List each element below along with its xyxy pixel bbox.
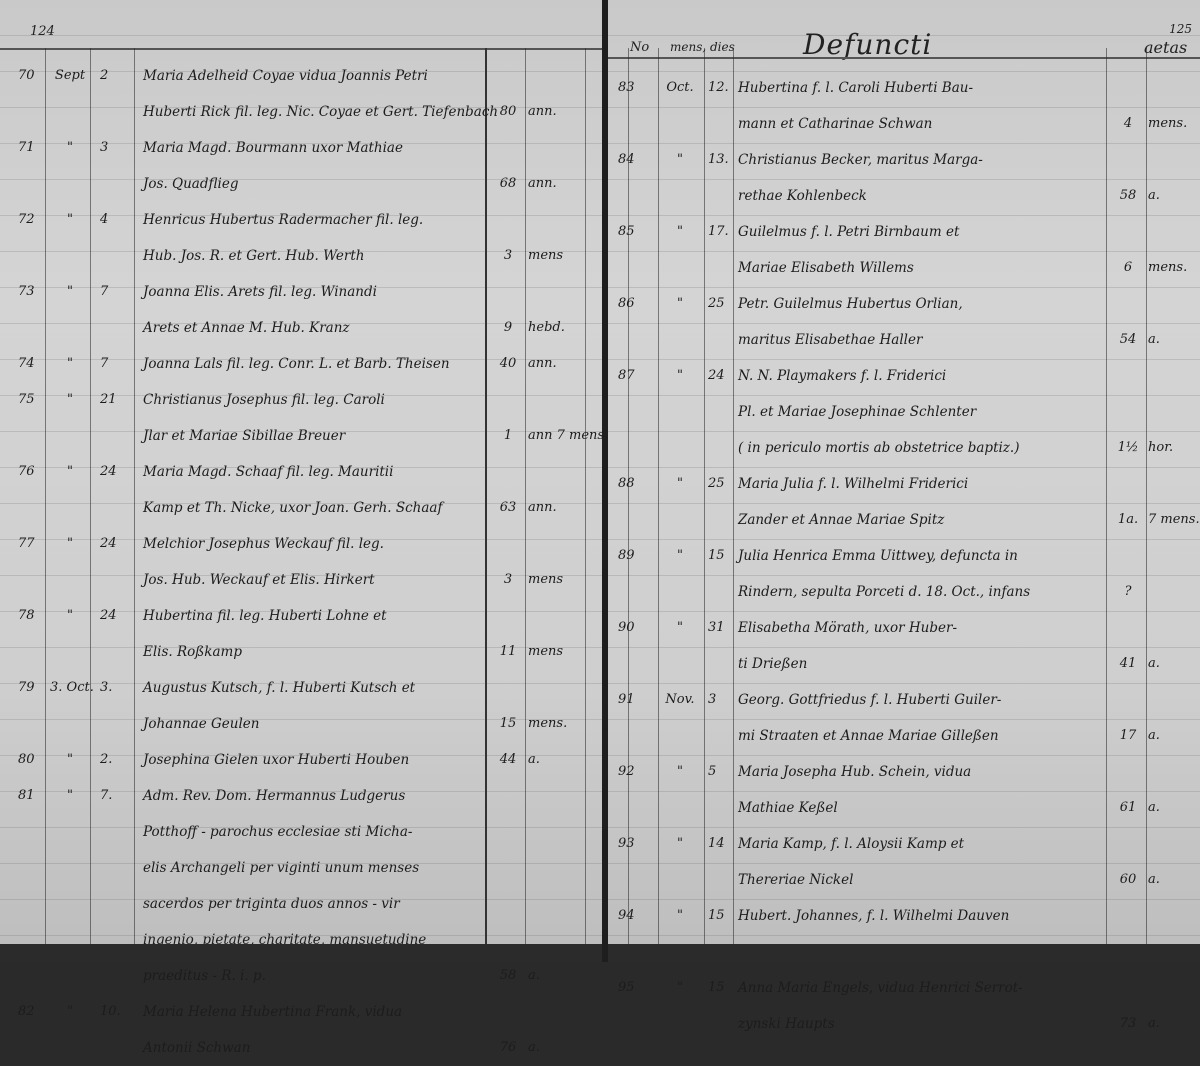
entry-day: 5 [708,754,738,790]
entry-name-line: Josephina Gielen uxor Huberti Houben [143,742,483,778]
entry-day: 25 [708,286,738,322]
entry-number: 86 [618,286,652,322]
entry-day: 7 [100,274,130,310]
entry-month: " [50,778,90,814]
entry-name: Augustus Kutsch, f. l. Huberti Kutsch et… [143,670,483,742]
entry-age-unit: ann. [528,166,588,202]
entry-month: " [658,754,702,790]
entry-name: N. N. Playmakers f. l. FridericiPl. et M… [738,358,1108,466]
entry-age: 54 [1108,322,1148,358]
entry-day: 14 [708,826,738,862]
entry-age-unit: a. [1148,862,1200,898]
register-entry: 75"21Christianus Josephus fil. leg. Caro… [0,382,602,454]
entry-month: Sept [50,58,90,94]
entry-age-unit: mens. [528,706,588,742]
register-entry: 86"25Petr. Guilelmus Hubertus Orlian,mar… [608,286,1200,358]
entry-name: Henricus Hubertus Radermacher fil. leg.H… [143,202,483,274]
header-number: No [630,40,649,55]
header-month-day: mens, dies [670,40,735,54]
register-entry: 90"31Elisabetha Mörath, uxor Huber-ti Dr… [608,610,1200,682]
page-number-left: 124 [30,24,55,39]
entry-age-unit: ann. [528,346,588,382]
entry-name-line: Melchior Josephus Weckauf fil. leg. [143,526,483,562]
entry-age-unit: a. [528,742,588,778]
entry-name-line: ingenio, pietate, charitate, mansuetudin… [143,922,483,958]
entry-name-line: et Annae Cath. Putmanns [738,934,1108,962]
entry-number: 94 [618,898,652,934]
entry-age-unit: mens. [1148,250,1200,286]
entry-age: 80 [488,94,528,130]
entry-age: 3 [1108,934,1148,962]
entry-name-line: Petr. Guilelmus Hubertus Orlian, [738,286,1108,322]
entry-age-unit: mens. [1148,106,1200,142]
register-entry: 92"5Maria Josepha Hub. Schein, viduaMath… [608,754,1200,826]
entry-name: Maria Adelheid Coyae vidua Joannis Petri… [143,58,483,130]
entry-month: " [658,538,702,574]
entry-name-line: Jos. Hub. Weckauf et Elis. Hirkert [143,562,483,598]
entry-name-line: Thereriae Nickel [738,862,1108,898]
entry-age-unit: m. [1148,934,1200,962]
entry-day: 31 [708,610,738,646]
entry-age: 44 [488,742,528,778]
entry-day: 24 [100,598,130,634]
entry-age: 41 [1108,646,1148,682]
entry-name-line: Pl. et Mariae Josephinae Schlenter [738,394,1108,430]
register-entry: 88"25Maria Julia f. l. Wilhelmi Frideric… [608,466,1200,538]
entry-name-line: sacerdos per triginta duos annos - vir [143,886,483,922]
entry-age: 1½ [1108,430,1148,466]
entry-name-line: Hubertina f. l. Caroli Huberti Bau- [738,70,1108,106]
entry-name: Hubertina fil. leg. Huberti Lohne etElis… [143,598,483,670]
entry-month: " [658,610,702,646]
entry-age: 17 [1108,718,1148,754]
entry-name-line: Rindern, sepulta Porceti d. 18. Oct., in… [738,574,1108,610]
entry-name-line: Zander et Annae Mariae Spitz [738,502,1108,538]
entry-age: 3 [488,562,528,598]
entry-month: " [658,826,702,862]
entry-age: 60 [1108,862,1148,898]
entry-age-unit: a. [1148,718,1200,754]
register-entry: 91Nov.3Georg. Gottfriedus f. l. Huberti … [608,682,1200,754]
entry-age: 1 [488,418,528,454]
entry-name-line: Hubert. Johannes, f. l. Wilhelmi Dauven [738,898,1108,934]
entry-day: 7 [100,346,130,382]
entry-age-unit: hor. [1148,430,1200,466]
entry-name-line: Hub. Jos. R. et Gert. Hub. Werth [143,238,483,274]
page-number-right: 125 [1169,22,1192,36]
entry-age: 58 [488,958,528,962]
entry-name-line: ti Drießen [738,646,1108,682]
entry-number: 87 [618,358,652,394]
entry-month: " [50,598,90,634]
entry-day: 3. [100,670,130,706]
entry-name-line: rethae Kohlenbeck [738,178,1108,214]
entry-age-unit: hebd. [528,310,588,346]
entry-age: ? [1108,574,1148,610]
register-entry: 94"15Hubert. Johannes, f. l. Wilhelmi Da… [608,898,1200,962]
entry-name-line: praeditus - R. i. p. [143,958,483,962]
entry-name-line: Johannae Geulen [143,706,483,742]
entry-name-line: Maria Kamp, f. l. Aloysii Kamp et [738,826,1108,862]
entry-age-unit: ann. [528,490,588,526]
entry-name: Petr. Guilelmus Hubertus Orlian,maritus … [738,286,1108,358]
entry-name: Elisabetha Mörath, uxor Huber-ti Drießen [738,610,1108,682]
entry-day: 13. [708,142,738,178]
entry-name-line: Maria Magd. Schaaf fil. leg. Mauritii [143,454,483,490]
entry-name-line: Jlar et Mariae Sibillae Breuer [143,418,483,454]
entry-number: 83 [618,70,652,106]
entry-name-line: Joanna Elis. Arets fil. leg. Winandi [143,274,483,310]
register-entry: 84"13.Christianus Becker, maritus Marga-… [608,142,1200,214]
entry-age-unit: 7 mens. [1148,502,1200,538]
entry-name-line: ( in periculo mortis ab obstetrice bapti… [738,430,1108,466]
entry-name-line: maritus Elisabethae Haller [738,322,1108,358]
entry-day: 3 [100,130,130,166]
right-page: No mens, dies Defuncti aetas 125 83Oct.1… [602,0,1200,962]
entry-day: 4 [100,202,130,238]
register-entry: 81"7.Adm. Rev. Dom. Hermannus LudgerusPo… [0,778,602,962]
entry-age: 3 [488,238,528,274]
entry-name: Christianus Josephus fil. leg. CaroliJla… [143,382,483,454]
entry-name-line: mann et Catharinae Schwan [738,106,1108,142]
entry-name-line: N. N. Playmakers f. l. Friderici [738,358,1108,394]
entry-month: " [658,466,702,502]
entry-month: " [50,526,90,562]
entry-age-unit: ann. [528,94,588,130]
entry-month: " [50,202,90,238]
entry-age-unit: mens [528,562,588,598]
entry-month: " [50,274,90,310]
entry-day: 24 [100,454,130,490]
entry-name: Christianus Becker, maritus Marga-rethae… [738,142,1108,214]
entry-name-line: Augustus Kutsch, f. l. Huberti Kutsch et [143,670,483,706]
entry-name-line: Georg. Gottfriedus f. l. Huberti Guiler- [738,682,1108,718]
entry-name-line: Guilelmus f. l. Petri Birnbaum et [738,214,1108,250]
entry-number: 88 [618,466,652,502]
entry-name: Maria Julia f. l. Wilhelmi FridericiZand… [738,466,1108,538]
entry-day: 15 [708,898,738,934]
entry-age: 68 [488,166,528,202]
entry-name: Julia Henrica Emma Uittwey, defuncta inR… [738,538,1108,610]
entry-name: Josephina Gielen uxor Huberti Houben [143,742,483,778]
entry-day: 12. [708,70,738,106]
register-entry: 78"24Hubertina fil. leg. Huberti Lohne e… [0,598,602,670]
entry-age-unit: mens [528,238,588,274]
register-entry: 80"2.Josephina Gielen uxor Huberti Hoube… [0,742,602,778]
entry-age: 1a. [1108,502,1148,538]
entry-name-line: Maria Adelheid Coyae vidua Joannis Petri [143,58,483,94]
entry-month: " [50,130,90,166]
entry-age-unit: mens [528,634,588,670]
entry-name-line: Maria Josepha Hub. Schein, vidua [738,754,1108,790]
entry-age-unit: ann 7 mens [528,418,588,454]
entry-age: 15 [488,706,528,742]
entry-name: Maria Magd. Schaaf fil. leg. MauritiiKam… [143,454,483,526]
entry-number: 90 [618,610,652,646]
entry-age: 4 [1108,106,1148,142]
register-entry: 87"24N. N. Playmakers f. l. FridericiPl.… [608,358,1200,466]
entry-number: 93 [618,826,652,862]
entry-name-line: Elis. Roßkamp [143,634,483,670]
left-page: 124 70Sept2Maria Adelheid Coyae vidua Jo… [0,0,602,962]
register-entry: 83Oct.12.Hubertina f. l. Caroli Huberti … [608,70,1200,142]
entry-number: 92 [618,754,652,790]
register-entry: 72"4Henricus Hubertus Radermacher fil. l… [0,202,602,274]
entry-name-line: Henricus Hubertus Radermacher fil. leg. [143,202,483,238]
entry-month: " [658,358,702,394]
header-age: aetas [1144,38,1187,57]
register-entry: 74"7Joanna Lals fil. leg. Conr. L. et Ba… [0,346,602,382]
entry-name-line: Mathiae Keßel [738,790,1108,826]
entry-number: 84 [618,142,652,178]
entry-age: 40 [488,346,528,382]
entry-name-line: Adm. Rev. Dom. Hermannus Ludgerus [143,778,483,814]
register-entry: 93"14Maria Kamp, f. l. Aloysii Kamp etTh… [608,826,1200,898]
register-entry: 71"3Maria Magd. Bourmann uxor MathiaeJos… [0,130,602,202]
entry-age-unit: a. [1148,790,1200,826]
header-rule [608,57,1200,59]
entry-day: 3 [708,682,738,718]
entry-day: 24 [100,526,130,562]
entry-month: " [658,286,702,322]
entry-day: 2 [100,58,130,94]
entry-day: 17. [708,214,738,250]
entry-name: Georg. Gottfriedus f. l. Huberti Guiler-… [738,682,1108,754]
entry-number: 85 [618,214,652,250]
entry-name: Joanna Elis. Arets fil. leg. WinandiAret… [143,274,483,346]
entry-name-line: mi Straaten et Annae Mariae Gilleßen [738,718,1108,754]
entry-name: Maria Kamp, f. l. Aloysii Kamp etThereri… [738,826,1108,898]
entry-name-line: Potthoff - parochus ecclesiae sti Micha- [143,814,483,850]
entry-name-line: Huberti Rick fil. leg. Nic. Coyae et Ger… [143,94,483,130]
entry-name-line: Mariae Elisabeth Willems [738,250,1108,286]
entry-name-line: Jos. Quadflieg [143,166,483,202]
entry-month: " [50,346,90,382]
entry-name-line: Kamp et Th. Nicke, uxor Joan. Gerh. Scha… [143,490,483,526]
entry-name: Guilelmus f. l. Petri Birnbaum etMariae … [738,214,1108,286]
register-entry: 73"7Joanna Elis. Arets fil. leg. Winandi… [0,274,602,346]
entry-day: 7. [100,778,130,814]
entry-name: Adm. Rev. Dom. Hermannus LudgerusPotthof… [143,778,483,962]
register-entry: 85"17.Guilelmus f. l. Petri Birnbaum etM… [608,214,1200,286]
register-entry: 70Sept2Maria Adelheid Coyae vidua Joanni… [0,58,602,130]
entry-age: 9 [488,310,528,346]
entry-name-line: Elisabetha Mörath, uxor Huber- [738,610,1108,646]
entry-name-line: Julia Henrica Emma Uittwey, defuncta in [738,538,1108,574]
entry-month: " [50,742,90,778]
entry-month: " [658,898,702,934]
entry-day: 2. [100,742,130,778]
entry-age-unit: a. [1148,646,1200,682]
entry-month: Nov. [658,682,702,718]
entry-name: Hubert. Johannes, f. l. Wilhelmi Dauvene… [738,898,1108,962]
entry-day: 25 [708,466,738,502]
entry-month: Oct. [658,70,702,106]
entry-month: " [658,214,702,250]
entry-name: Maria Magd. Bourmann uxor MathiaeJos. Qu… [143,130,483,202]
entry-name-line: Hubertina fil. leg. Huberti Lohne et [143,598,483,634]
entry-number: 91 [618,682,652,718]
entry-day: 15 [708,538,738,574]
register-book: 124 70Sept2Maria Adelheid Coyae vidua Jo… [0,0,1200,962]
entry-name-line: Maria Julia f. l. Wilhelmi Friderici [738,466,1108,502]
entry-month: " [50,454,90,490]
register-entry: 89"15Julia Henrica Emma Uittwey, defunct… [608,538,1200,610]
entry-name-line: elis Archangeli per viginti unum menses [143,850,483,886]
entry-age: 61 [1108,790,1148,826]
entry-name-line: Maria Magd. Bourmann uxor Mathiae [143,130,483,166]
entry-month: " [658,142,702,178]
entry-age: 6 [1108,250,1148,286]
entry-age-unit: a. [1148,322,1200,358]
register-entry: 76"24Maria Magd. Schaaf fil. leg. Maurit… [0,454,602,526]
entry-age-unit: a. [1148,178,1200,214]
entry-month: 3. Oct. [50,670,90,706]
entry-age-unit: a. [528,958,588,962]
entry-name: Hubertina f. l. Caroli Huberti Bau-mann … [738,70,1108,142]
entry-name-line: Christianus Becker, maritus Marga- [738,142,1108,178]
entry-number: 89 [618,538,652,574]
entry-age: 63 [488,490,528,526]
entry-age: 11 [488,634,528,670]
entry-month: " [50,382,90,418]
register-entry: 77"24Melchior Josephus Weckauf fil. leg.… [0,526,602,598]
entry-name-line: Joanna Lals fil. leg. Conr. L. et Barb. … [143,346,483,382]
entry-name-line: Christianus Josephus fil. leg. Caroli [143,382,483,418]
register-entry: 793. Oct.3.Augustus Kutsch, f. l. Hubert… [0,670,602,742]
entry-name-line: Arets et Annae M. Hub. Kranz [143,310,483,346]
entry-day: 21 [100,382,130,418]
entry-name: Melchior Josephus Weckauf fil. leg.Jos. … [143,526,483,598]
entry-day: 24 [708,358,738,394]
column-header: No mens, dies Defuncti aetas [608,0,1200,58]
entry-name: Joanna Lals fil. leg. Conr. L. et Barb. … [143,346,483,382]
entry-age: 58 [1108,178,1148,214]
entry-name: Maria Josepha Hub. Schein, viduaMathiae … [738,754,1108,826]
